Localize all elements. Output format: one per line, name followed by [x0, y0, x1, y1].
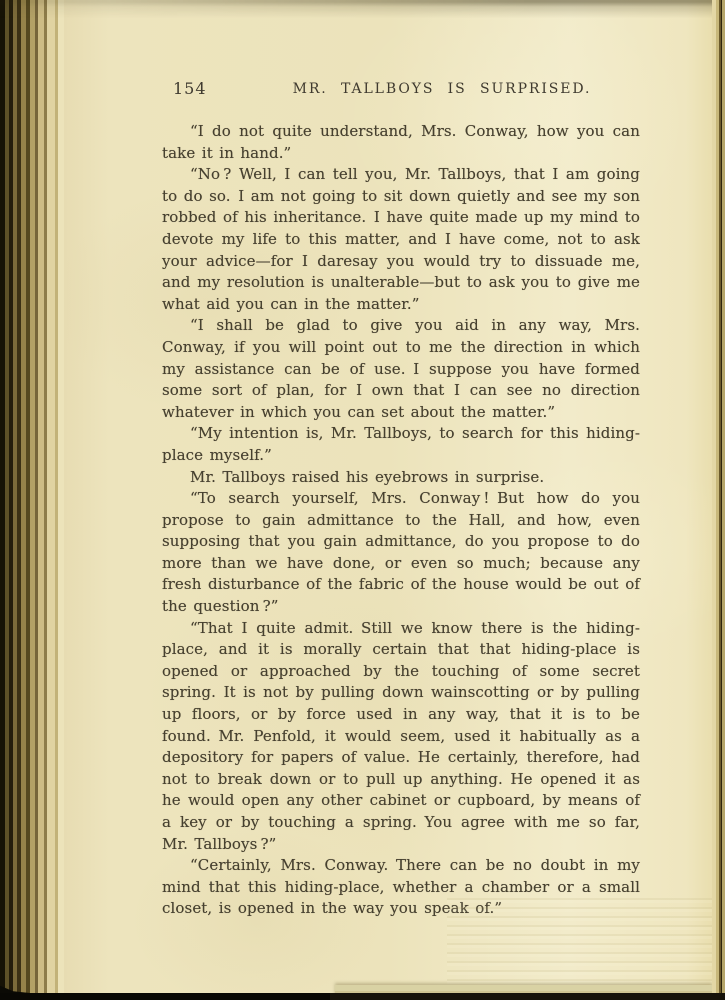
running-head: MR. TALLBOYS IS SURPRISED. — [293, 81, 592, 97]
page-text: “I do not quite understand, Mrs. Conway,… — [162, 121, 640, 920]
paragraph: “No ? Well, I can tell you, Mr. Tallboys… — [162, 164, 640, 315]
paragraph: “That I quite admit. Still we know there… — [162, 618, 640, 856]
paragraph: “To search yourself, Mrs. Conway ! But h… — [162, 488, 640, 618]
left-page-edges — [0, 0, 64, 1000]
book-scan: 154 MR. TALLBOYS IS SURPRISED. “I do not… — [0, 0, 725, 1000]
bottom-shadow — [0, 993, 725, 1000]
paragraph: “Certainly, Mrs. Conway. There can be no… — [162, 855, 640, 920]
fore-edge — [712, 0, 725, 1000]
paragraph: “My intention is, Mr. Tallboys, to searc… — [162, 423, 640, 466]
paragraph: Mr. Tallboys raised his eyebrows in surp… — [162, 467, 640, 489]
paragraph: “I shall be glad to give you aid in any … — [162, 315, 640, 423]
paragraph: “I do not quite understand, Mrs. Conway,… — [162, 121, 640, 164]
page-number: 154 — [173, 79, 207, 98]
